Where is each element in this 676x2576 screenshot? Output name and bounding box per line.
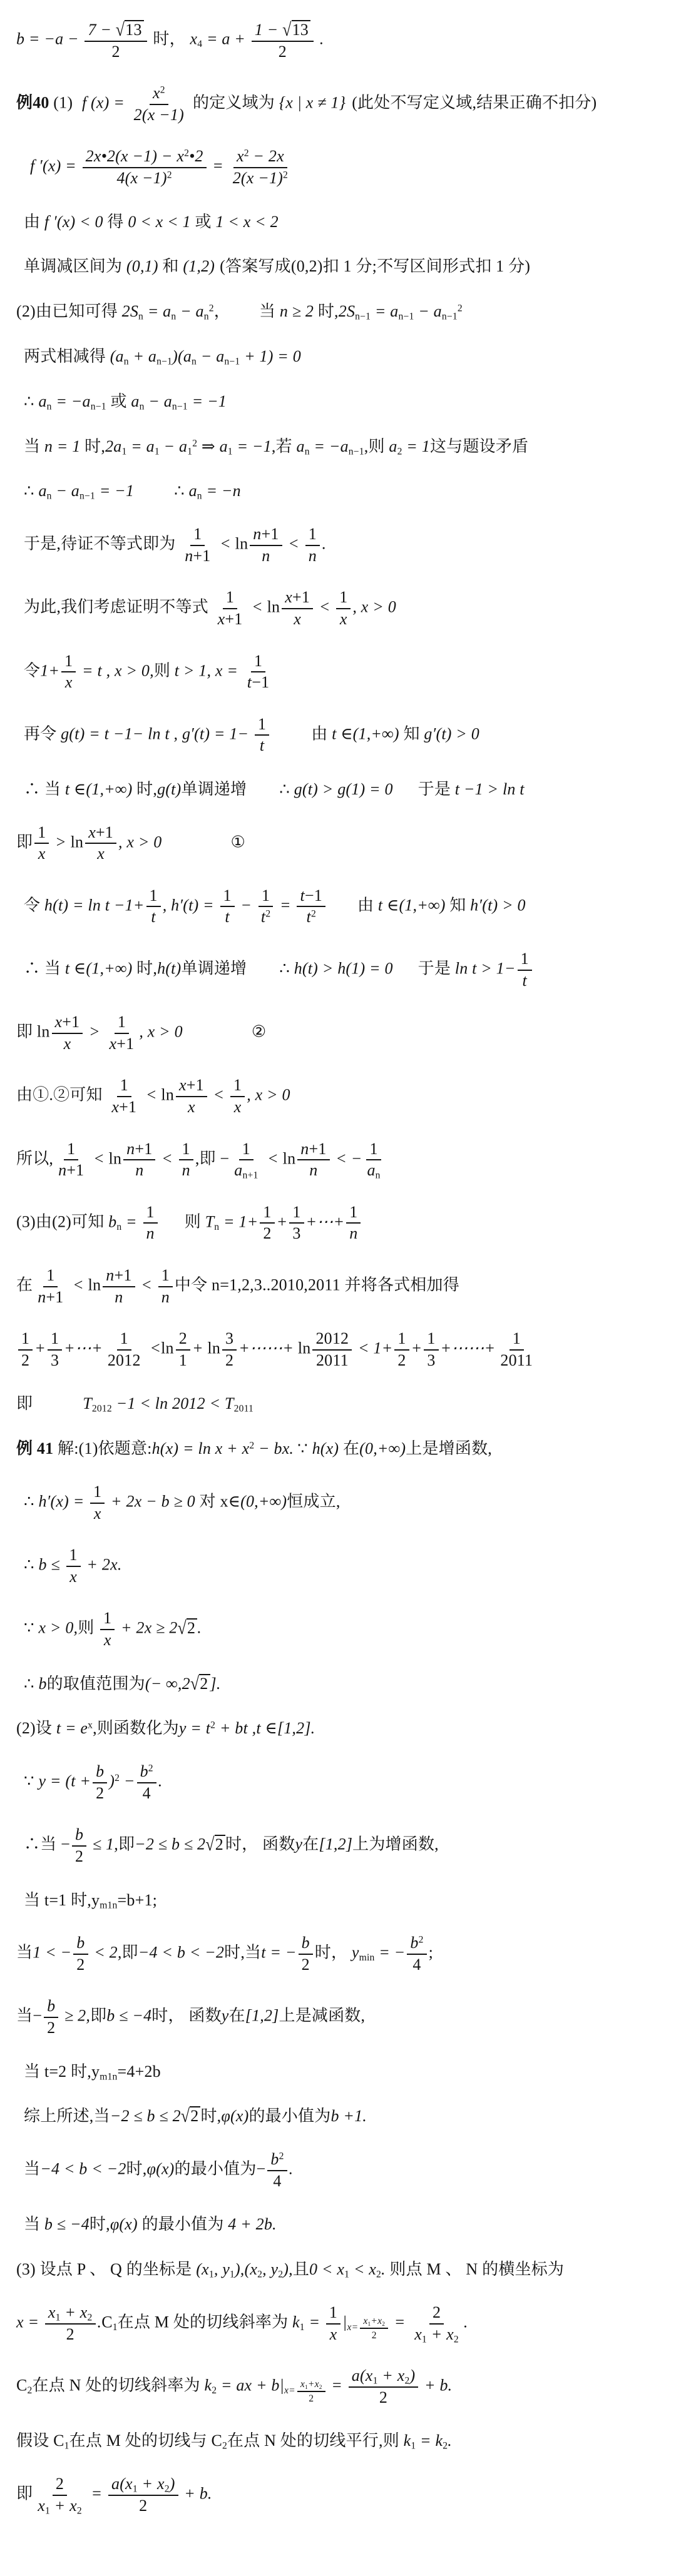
math-line-18: ∴ 当 t ∈(1,+∞) 时,h(t)单调递增∴ h(t) > h(1) = … [16, 950, 667, 990]
fraction: 21 [176, 1330, 190, 1369]
math-line-3: f ′(x) = 2x•2(x −1) − x2•24(x −1)2 = x2 … [16, 148, 667, 187]
math-line-33: ∴当 −b2 ≤ 1,即−2 ≤ b ≤ 2√2时， 函数y在[1,2]上为增函… [16, 1826, 667, 1865]
math-line-32: ∵ y = (t +b2)2 −b24. [16, 1763, 667, 1802]
fraction: b2 [93, 1763, 107, 1802]
fraction: 1t [518, 950, 532, 990]
math-line-26: 例 41 解:(1)依题意:h(x) = ln x + x2 − bx.∵ h(… [16, 1438, 667, 1459]
fraction: 2x1 + x2 [34, 2475, 85, 2515]
math-content: b = −a − 7 − √132 时， x4 = a + 1 − √132 .… [16, 20, 667, 2515]
math-line-21: 所以,1n+1 < lnn+1n < 1n,即 −1an+1 < lnn+1n … [16, 1140, 667, 1180]
math-line-29: ∵ x > 0,则 1x + 2x ≥ 2√2. [16, 1610, 667, 1649]
fraction: 12 [260, 1204, 274, 1243]
math-line-14: 再令 g(t) = t −1− ln t , g′(t) = 1− 1t由 t … [16, 716, 667, 755]
math-line-24: 12+13+⋯+12012 <ln21+ ln32+⋯⋯+ ln20122011… [16, 1330, 667, 1369]
fraction: 1n+1 [55, 1140, 87, 1180]
fraction: x+1x [176, 1077, 207, 1116]
sqrt-radical: √2 [205, 1834, 225, 1855]
math-line-31: (2)设 t = ex,则函数化为y = t2 + bt ,t ∈[1,2]. [16, 1718, 667, 1739]
fraction: n+1n [250, 525, 282, 565]
fraction: 1t [146, 887, 161, 926]
fraction: 1x+1 [106, 1013, 138, 1053]
sqrt-radical: √2 [190, 1673, 210, 1695]
fraction: 1n [143, 1204, 158, 1243]
math-line-23: 在1n+1 < lnn+1n < 1n中令 n=1,2,3..2010,2011… [16, 1267, 667, 1306]
fraction: 1x [34, 824, 49, 863]
fraction: 12011 [497, 1330, 536, 1369]
fraction: x+1x [85, 824, 116, 863]
fraction: 12 [394, 1330, 409, 1369]
math-line-28: ∴ b ≤ 1x + 2x. [16, 1546, 667, 1586]
math-line-15: ∴ 当 t ∈(1,+∞) 时,g(t)单调递增∴ g(t) > g(1) = … [16, 779, 667, 800]
fraction: 1t−1 [244, 652, 273, 692]
math-line-7: 两式相减得 (an + an−1)(an − an−1 + 1) = 0 [16, 346, 667, 367]
math-line-6: (2)由已知可得 2Sn = an − an2，当 n ≥ 2 时,2Sn−1 … [16, 301, 667, 322]
fraction: 13 [424, 1330, 438, 1369]
fraction: x1 + x22 [45, 2304, 96, 2343]
math-line-8: ∴ an = −an−1 或 an − an−1 = −1 [16, 391, 667, 412]
math-line-40: 当 b ≤ −4时,φ(x) 的最小值为 4 + 2b. [16, 2214, 667, 2235]
fraction: 2x1 + x2 [411, 2304, 462, 2343]
fraction: 1t [255, 716, 269, 755]
fraction: x+1x [282, 589, 313, 628]
fraction: n+1n [297, 1140, 329, 1180]
math-line-44: 假设 C1在点 M 处的切线与 C2在点 N 处的切线平行,则 k1 = k2. [16, 2430, 667, 2452]
fraction: 1n [305, 525, 320, 565]
math-line-38: 综上所述,当−2 ≤ b ≤ 2√2时,φ(x)的最小值为b +1. [16, 2106, 667, 2127]
sqrt-radical: √2 [178, 1618, 198, 1639]
math-line-19: 即 lnx+1x > 1x+1, x > 0② [16, 1013, 667, 1053]
fraction: x1+x22 [297, 2379, 325, 2404]
math-line-37: 当 t=2 时,ym1n=4+2b [16, 2061, 667, 2082]
fraction: 1x [90, 1483, 105, 1523]
fraction: 12 [18, 1330, 33, 1369]
fraction: 13 [48, 1330, 62, 1369]
math-line-10: ∴ an − an−1 = −1∴ an = −n [16, 480, 667, 502]
math-line-11: 于是,待证不等式即为 1n+1 < lnn+1n < 1n. [16, 525, 667, 565]
math-line-9: 当 n = 1 时,2a1 = a1 − a12 ⇒ a1 = −1,若 an … [16, 436, 667, 457]
fraction: x+1x [52, 1013, 83, 1053]
fraction: 1x [336, 589, 351, 628]
sqrt-radical: √2 [181, 2106, 201, 2127]
math-line-34: 当 t=1 时,ym1n=b+1; [16, 1890, 667, 1911]
fraction: n+1n [123, 1140, 155, 1180]
sqrt-radical: √13 [116, 20, 144, 39]
math-line-27: ∴ h′(x) = 1x + 2x − b ≥ 0 对 x∈(0,+∞)恒成立, [16, 1483, 667, 1523]
fraction: b2 [299, 1934, 313, 1974]
math-line-25: 即T2012 −1 < ln 2012 < T2011 [16, 1393, 667, 1414]
fraction: 1n [346, 1204, 361, 1243]
math-line-42: x = x1 + x22.C1在点 M 处的切线斜率为 k1 = 1x|x=x1… [16, 2304, 667, 2343]
fraction: a(x1 + x2)2 [108, 2475, 178, 2515]
fraction: 1x [230, 1077, 245, 1116]
math-line-5: 单调减区间为 (0,1) 和 (1,2)(答案写成(0,2)扣 1 分;不写区间… [16, 256, 667, 277]
math-line-45: 即2x1 + x2 = a(x1 + x2)2 + b. [16, 2475, 667, 2515]
fraction: x22(x −1) [131, 84, 187, 124]
fraction: 32 [222, 1330, 237, 1369]
math-line-36: 当−b2 ≥ 2,即b ≤ −4时， 函数y在[1,2]上是减函数, [16, 1997, 667, 2037]
math-line-16: 即1x > lnx+1x, x > 0① [16, 824, 667, 863]
fraction: 1an [364, 1140, 383, 1180]
fraction: 1x [326, 2304, 341, 2343]
fraction: a(x1 + x2)2 [349, 2367, 419, 2406]
math-line-4: 由 f ′(x) < 0 得 0 < x < 1 或 1 < x < 2 [16, 211, 667, 233]
fraction: 1x [100, 1610, 115, 1649]
math-line-17: 令 h(t) = ln t −1+1t, h′(t) = 1t − 1t2 = … [16, 887, 667, 926]
fraction: b24 [137, 1763, 156, 1802]
fraction: 13 [289, 1204, 304, 1243]
fraction: 1x+1 [108, 1077, 140, 1116]
math-line-13: 令1+1x = t , x > 0,则 t > 1, x = 1t−1 [16, 652, 667, 692]
fraction: 1t2 [258, 887, 274, 926]
fraction: 1 − √132 [252, 20, 314, 61]
fraction: b24 [407, 1934, 426, 1974]
math-line-2: 例40 (1) f (x) = x22(x −1)的定义域为 {x | x ≠ … [16, 84, 667, 124]
math-line-12: 为此,我们考虑证明不等式 1x+1 < lnx+1x < 1x, x > 0 [16, 589, 667, 628]
fraction: 1n+1 [182, 525, 213, 565]
fraction: x1+x22 [360, 2316, 388, 2341]
fraction: 1n+1 [34, 1267, 66, 1306]
fraction: 1x [66, 1546, 81, 1586]
fraction: b2 [44, 1997, 58, 2037]
fraction: 2x•2(x −1) − x2•24(x −1)2 [83, 148, 207, 187]
math-line-35: 当1 < −b2 < 2,即−4 < b < −2时,当t = −b2时， ym… [16, 1934, 667, 1974]
fraction: 7 − √132 [84, 20, 146, 61]
fraction: b2 [72, 1826, 86, 1865]
fraction: 1an+1 [231, 1140, 261, 1180]
fraction: t−1t2 [297, 887, 325, 926]
fraction: 20122011 [312, 1330, 352, 1369]
fraction: n+1n [103, 1267, 135, 1306]
document-page: b = −a − 7 − √132 时， x4 = a + 1 − √132 .… [0, 0, 676, 2576]
fraction: 1n [158, 1267, 173, 1306]
fraction: 1x+1 [215, 589, 246, 628]
fraction: 1x [61, 652, 76, 692]
math-line-20: 由①.②可知 1x+1 < lnx+1x < 1x, x > 0 [16, 1077, 667, 1116]
fraction: 1n [179, 1140, 193, 1180]
fraction: 1t [220, 887, 235, 926]
math-line-43: C2在点 N 处的切线斜率为 k2 = ax + b|x=x1+x22 = a(… [16, 2367, 667, 2406]
math-line-30: ∴ b的取值范围为(− ∞,2√2]. [16, 1673, 667, 1695]
math-line-22: (3)由(2)可知 bn = 1n则 Tn = 1+12+13+⋯+1n [16, 1204, 667, 1243]
fraction: b24 [267, 2151, 287, 2190]
math-line-1: b = −a − 7 − √132 时， x4 = a + 1 − √132 . [16, 20, 667, 61]
fraction: b2 [73, 1934, 88, 1974]
math-line-39: 当−4 < b < −2时,φ(x)的最小值为−b24. [16, 2151, 667, 2190]
math-line-41: (3) 设点 P 、 Q 的坐标是 (x1, y1),(x2, y2),且0 <… [16, 2259, 667, 2280]
sqrt-radical: √13 [282, 20, 310, 39]
fraction: 12012 [105, 1330, 144, 1369]
fraction: x2 − 2x2(x −1)2 [230, 148, 291, 187]
